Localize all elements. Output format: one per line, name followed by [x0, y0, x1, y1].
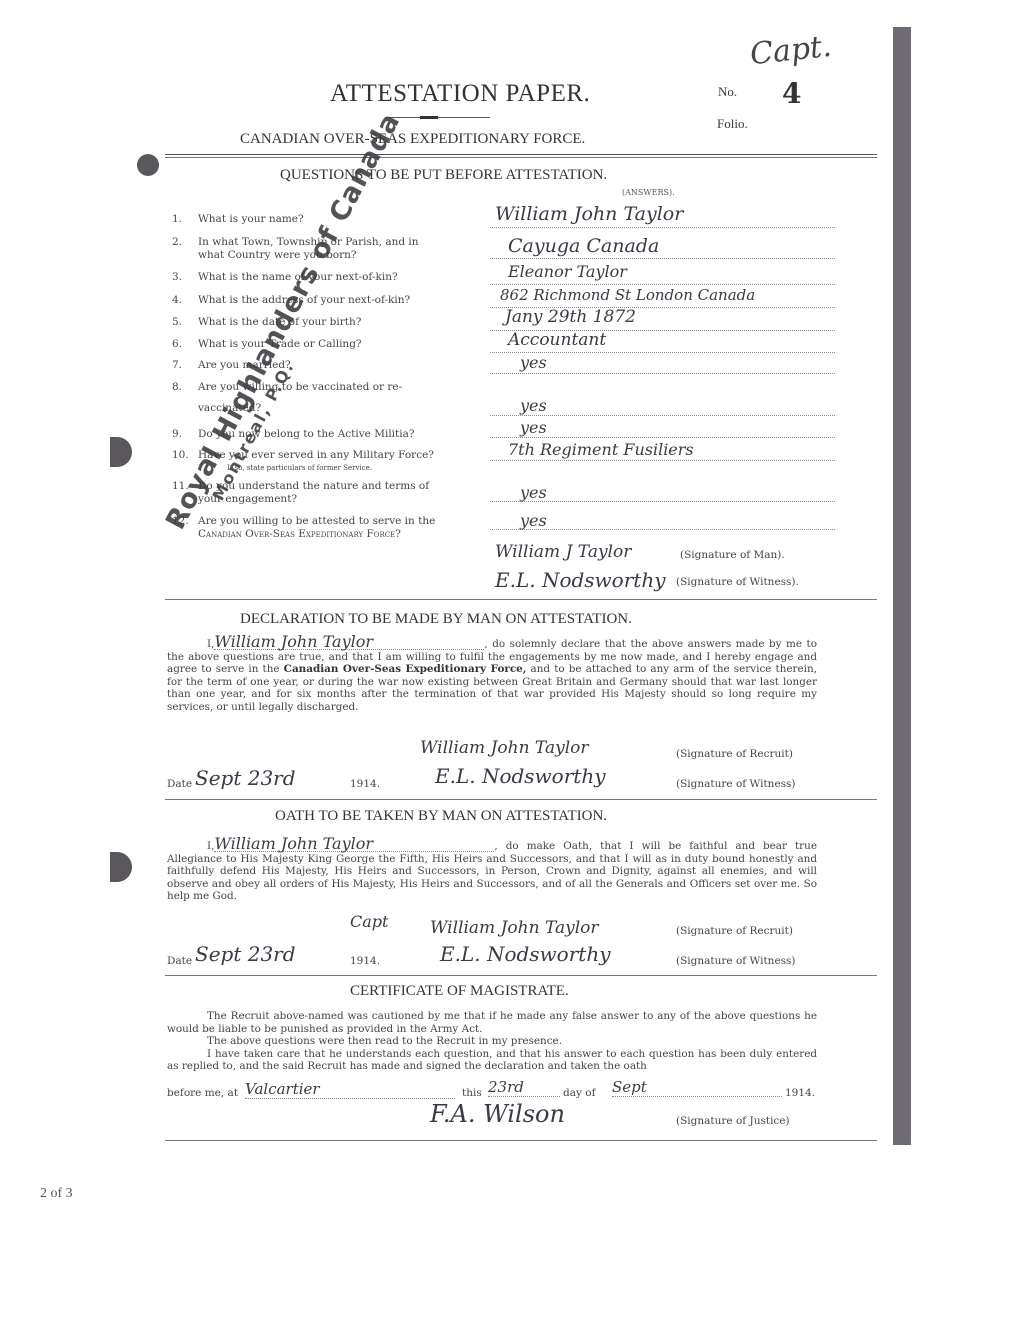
oath-text: I,William John Taylor, do make Oath, tha… — [167, 838, 817, 903]
declaration-signature-witness-label: (Signature of Witness) — [676, 778, 796, 790]
answer-next-of-kin: Eleanor Taylor — [508, 262, 627, 281]
declaration-text: I,William John Taylor, do solemnly decla… — [167, 636, 817, 714]
signature-justice: F.A. Wilson — [430, 1100, 565, 1128]
answers-label: (ANSWERS). — [622, 188, 675, 197]
certificate-month: Sept — [612, 1078, 782, 1097]
answer-birth-date: Jany 29th 1872 — [505, 307, 636, 327]
answer-military-service: 7th Regiment Fusiliers — [508, 440, 694, 459]
answer-line — [490, 227, 835, 228]
number-value: 4 — [782, 77, 801, 110]
punch-hole — [110, 852, 132, 882]
certificate-day: 23rd — [488, 1078, 560, 1097]
certificate-heading: CERTIFICATE OF MAGISTRATE. — [350, 983, 569, 1000]
answer-married: yes — [520, 353, 547, 372]
question-3: 3.What is the name of your next-of-kin? — [172, 271, 398, 284]
certificate-place: Valcartier — [245, 1080, 455, 1099]
oath-date-value: Sept 23rd — [195, 942, 296, 966]
certificate-before-label: before me, at — [167, 1087, 238, 1099]
oath-signature-witness: E.L. Nodsworthy — [440, 942, 611, 966]
declaration-date-label: Date — [167, 778, 192, 790]
answer-understand-terms: yes — [520, 483, 547, 502]
signature-man-label: (Signature of Man). — [680, 549, 785, 561]
signature-man: William J Taylor — [495, 542, 631, 562]
punch-hole — [110, 437, 132, 467]
answer-active-militia: yes — [520, 418, 547, 437]
section-divider — [165, 975, 877, 976]
answer-willing-to-serve: yes — [520, 511, 547, 530]
section-divider — [165, 599, 877, 600]
section-divider — [165, 1140, 877, 1141]
handwritten-annotation: Capt. — [748, 29, 833, 72]
certificate-text: The Recruit above-named was cautioned by… — [167, 1010, 817, 1073]
answer-line — [490, 258, 835, 259]
page-indicator: 2 of 3 — [40, 1186, 73, 1202]
answer-line — [490, 373, 835, 374]
declaration-signature-recruit-label: (Signature of Recruit) — [676, 748, 793, 760]
oath-signature-recruit: William John Taylor — [430, 918, 599, 938]
oath-name: William John Taylor — [214, 838, 494, 852]
certificate-year: 1914. — [785, 1087, 815, 1099]
folio-label: Folio. — [717, 116, 748, 132]
oath-signature-recruit-label: (Signature of Recruit) — [676, 925, 793, 937]
answer-name: William John Taylor — [495, 203, 683, 225]
declaration-date-value: Sept 23rd — [195, 766, 296, 790]
scan-edge-bar — [893, 27, 911, 1145]
number-label: No. — [718, 84, 737, 100]
oath-heading: OATH TO BE TAKEN BY MAN ON ATTESTATION. — [275, 808, 607, 825]
answer-trade: Accountant — [508, 330, 606, 350]
declaration-signature-recruit: William John Taylor — [420, 738, 589, 758]
declaration-name: William John Taylor — [214, 636, 484, 650]
header-divider — [165, 154, 877, 158]
answer-next-of-kin-address: 862 Richmond St London Canada — [500, 286, 755, 304]
oath-signature-witness-label: (Signature of Witness) — [676, 955, 796, 967]
certificate-the-label: this — [462, 1087, 482, 1099]
answer-vaccinated: yes — [520, 396, 547, 415]
answer-birthplace: Cayuga Canada — [508, 235, 659, 257]
signature-witness-label: (Signature of Witness). — [676, 576, 799, 588]
section-divider — [165, 799, 877, 800]
signature-justice-label: (Signature of Justice) — [676, 1115, 790, 1127]
answer-line — [490, 460, 835, 461]
questions-heading: QUESTIONS TO BE PUT BEFORE ATTESTATION. — [280, 167, 607, 184]
answer-line — [490, 437, 835, 438]
punch-hole — [137, 154, 159, 176]
question-2: 2.In what Town, Township or Parish, and … — [172, 236, 419, 262]
question-1: 1.What is your name? — [172, 213, 304, 226]
oath-rank-annotation: Capt — [350, 912, 388, 931]
title-rule-mark — [420, 116, 438, 119]
declaration-signature-witness: E.L. Nodsworthy — [435, 764, 606, 788]
oath-date-label: Date — [167, 955, 192, 967]
certificate-day-label: day of — [563, 1087, 595, 1099]
signature-witness: E.L. Nodsworthy — [495, 568, 666, 592]
declaration-year: 1914. — [350, 778, 380, 790]
answer-line — [490, 415, 835, 416]
document-title: ATTESTATION PAPER. — [330, 80, 590, 108]
answer-line — [490, 284, 835, 285]
declaration-heading: DECLARATION TO BE MADE BY MAN ON ATTESTA… — [240, 611, 632, 628]
oath-year: 1914. — [350, 955, 380, 967]
